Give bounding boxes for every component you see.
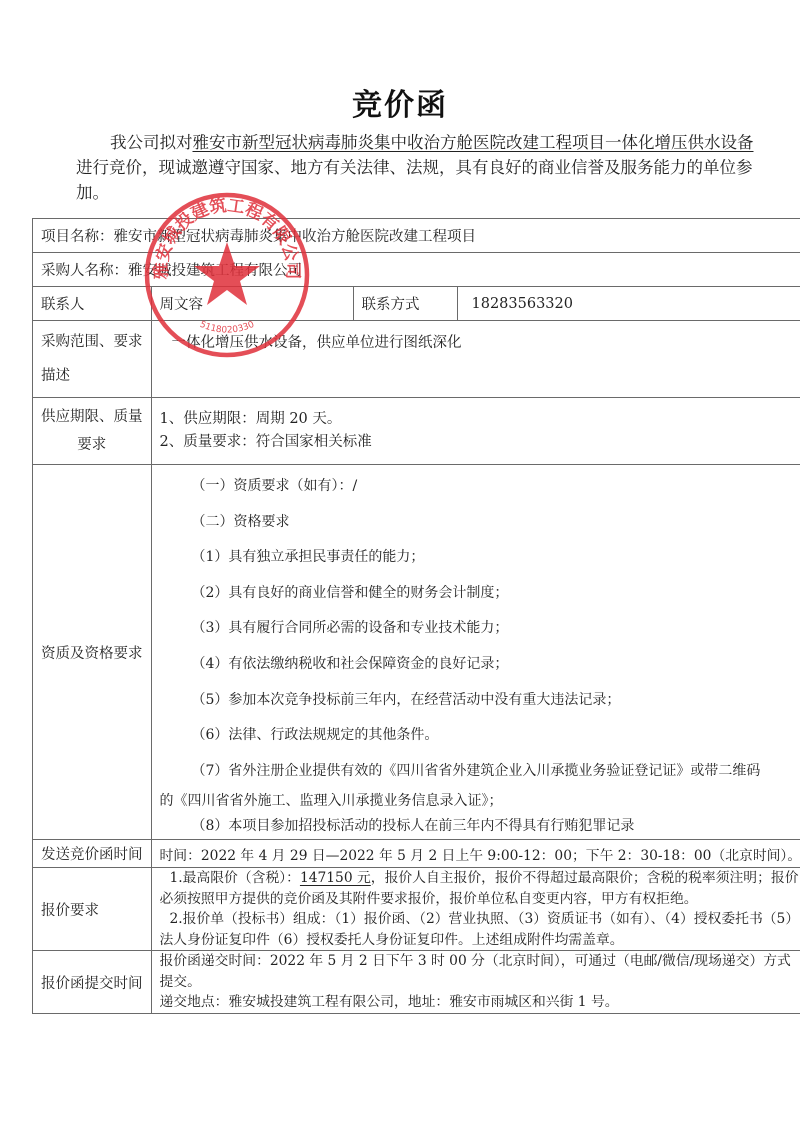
submit-value: 报价函递交时间：2022 年 5 月 2 日下午 3 时 00 分（北京时间），…: [151, 951, 800, 1014]
row-scope: 采购范围、要求 描述 一体化增压供水设备，供应单位进行图纸深化: [33, 321, 800, 398]
submit-p2: 递交地点：雅安城投建筑工程有限公司，地址：雅安市雨城区和兴街 1 号。: [160, 992, 800, 1013]
intro-prefix: 我公司拟对: [110, 133, 193, 152]
period-item-2: 2、质量要求：符合国家相关标准: [160, 431, 800, 454]
submit-label: 报价函提交时间: [33, 951, 152, 1014]
contact-label: 联系人: [33, 287, 152, 321]
period-value: 1、供应期限：周期 20 天。 2、质量要求：符合国家相关标准: [151, 398, 800, 465]
qual-line: （5）参加本次竞争投标前三年内，在经营活动中没有重大违法记录；: [160, 683, 800, 719]
quote-p2: 2.报价单（投标书）组成：（1）报价函、（2）营业执照、（3）资质证书（如有）、…: [160, 909, 800, 950]
quote-label: 报价要求: [33, 868, 152, 951]
project-name-value: 雅安市新型冠状病毒肺炎集中收治方舱医院改建工程项目: [114, 229, 477, 245]
row-qualification: 资质及资格要求 （一）资质要求（如有）：/ （二）资格要求 （1）具有独立承担民…: [33, 465, 800, 840]
period-label-line2: 要求: [41, 431, 143, 459]
row-contact: 联系人 周文容 联系方式 18283563320: [33, 287, 800, 321]
qual-line: （3）具有履行合同所必需的设备和专业技术能力；: [160, 611, 800, 647]
period-label-line1: 供应期限、质量: [41, 403, 143, 431]
intro-suffix: 进行竞价，现诚邀遵守国家、地方有关法律、法规，具有良好的商业信誉及服务能力的单位…: [76, 158, 753, 202]
qual-line: （2）具有良好的商业信誉和健全的财务会计制度；: [160, 576, 800, 612]
buyer-name-value: 雅安城投建筑工程有限公司: [128, 263, 302, 279]
qual-line: （4）有依法缴纳税收和社会保障资金的良好记录；: [160, 647, 800, 683]
intro-paragraph: 我公司拟对雅安市新型冠状病毒肺炎集中收治方舱医院改建工程项目一体化增压供水设备进…: [76, 130, 756, 205]
intro-project-underlined: 雅安市新型冠状病毒肺炎集中收治方舱医院改建工程项目一体化增压供水设备: [193, 133, 754, 152]
send-time-label: 发送竞价函时间: [33, 840, 152, 868]
qual-line: （二）资格要求: [160, 505, 800, 541]
submit-p1: 报价函递交时间：2022 年 5 月 2 日下午 3 时 00 分（北京时间），…: [160, 951, 800, 992]
send-time-value: 时间：2022 年 4 月 29 日—2022 年 5 月 2 日上午 9:00…: [151, 840, 800, 868]
row-project-name: 项目名称：雅安市新型冠状病毒肺炎集中收治方舱医院改建工程项目: [33, 219, 800, 253]
quote-max-price: 147150 元: [300, 870, 371, 886]
quote-p1-prefix: 1.最高限价（含税）：: [170, 870, 300, 886]
row-send-time: 发送竞价函时间 时间：2022 年 4 月 29 日—2022 年 5 月 2 …: [33, 840, 800, 868]
row-buyer-name: 采购人名称：雅安城投建筑工程有限公司: [33, 253, 800, 287]
qualification-lines: （一）资质要求（如有）：/ （二）资格要求 （1）具有独立承担民事责任的能力； …: [151, 465, 800, 840]
qual-line: （7）省外注册企业提供有效的《四川省省外建筑企业入川承揽业务验证登记证》或带二维…: [160, 754, 800, 790]
qual-line: 的《四川省省外施工、监理入川承揽业务信息录入证》；: [160, 789, 800, 813]
row-submit-time: 报价函提交时间 报价函递交时间：2022 年 5 月 2 日下午 3 时 00 …: [33, 951, 800, 1014]
qual-line: （8）本项目参加招投标活动的投标人在前三年内不得具有行贿犯罪记录: [160, 813, 800, 839]
qualification-label: 资质及资格要求: [33, 465, 152, 840]
scope-label-line1: 采购范围、要求: [41, 325, 143, 359]
contact-method-value: 18283563320: [457, 287, 800, 321]
document-title: 竞价函: [0, 80, 800, 124]
qual-line: （6）法律、行政法规规定的其他条件。: [160, 718, 800, 754]
project-name-label: 项目名称：: [41, 229, 114, 245]
period-item-1: 1、供应期限：周期 20 天。: [160, 408, 800, 431]
buyer-name-label: 采购人名称：: [41, 263, 128, 279]
quote-value: 1.最高限价（含税）：147150 元，报价人自主报价，报价不得超过最高限价；含…: [151, 868, 800, 951]
scope-label: 采购范围、要求 描述: [33, 321, 152, 398]
qual-line: （1）具有独立承担民事责任的能力；: [160, 540, 800, 576]
contact-value: 周文容: [151, 287, 353, 321]
row-quote-requirements: 报价要求 1.最高限价（含税）：147150 元，报价人自主报价，报价不得超过最…: [33, 868, 800, 951]
scope-value: 一体化增压供水设备，供应单位进行图纸深化: [151, 321, 800, 398]
bid-info-table: 项目名称：雅安市新型冠状病毒肺炎集中收治方舱医院改建工程项目 采购人名称：雅安城…: [32, 218, 800, 1014]
period-label: 供应期限、质量 要求: [33, 398, 152, 465]
contact-method-label: 联系方式: [353, 287, 457, 321]
row-period-quality: 供应期限、质量 要求 1、供应期限：周期 20 天。 2、质量要求：符合国家相关…: [33, 398, 800, 465]
qual-line: （一）资质要求（如有）：/: [160, 469, 800, 505]
scope-label-line2: 描述: [41, 359, 143, 393]
